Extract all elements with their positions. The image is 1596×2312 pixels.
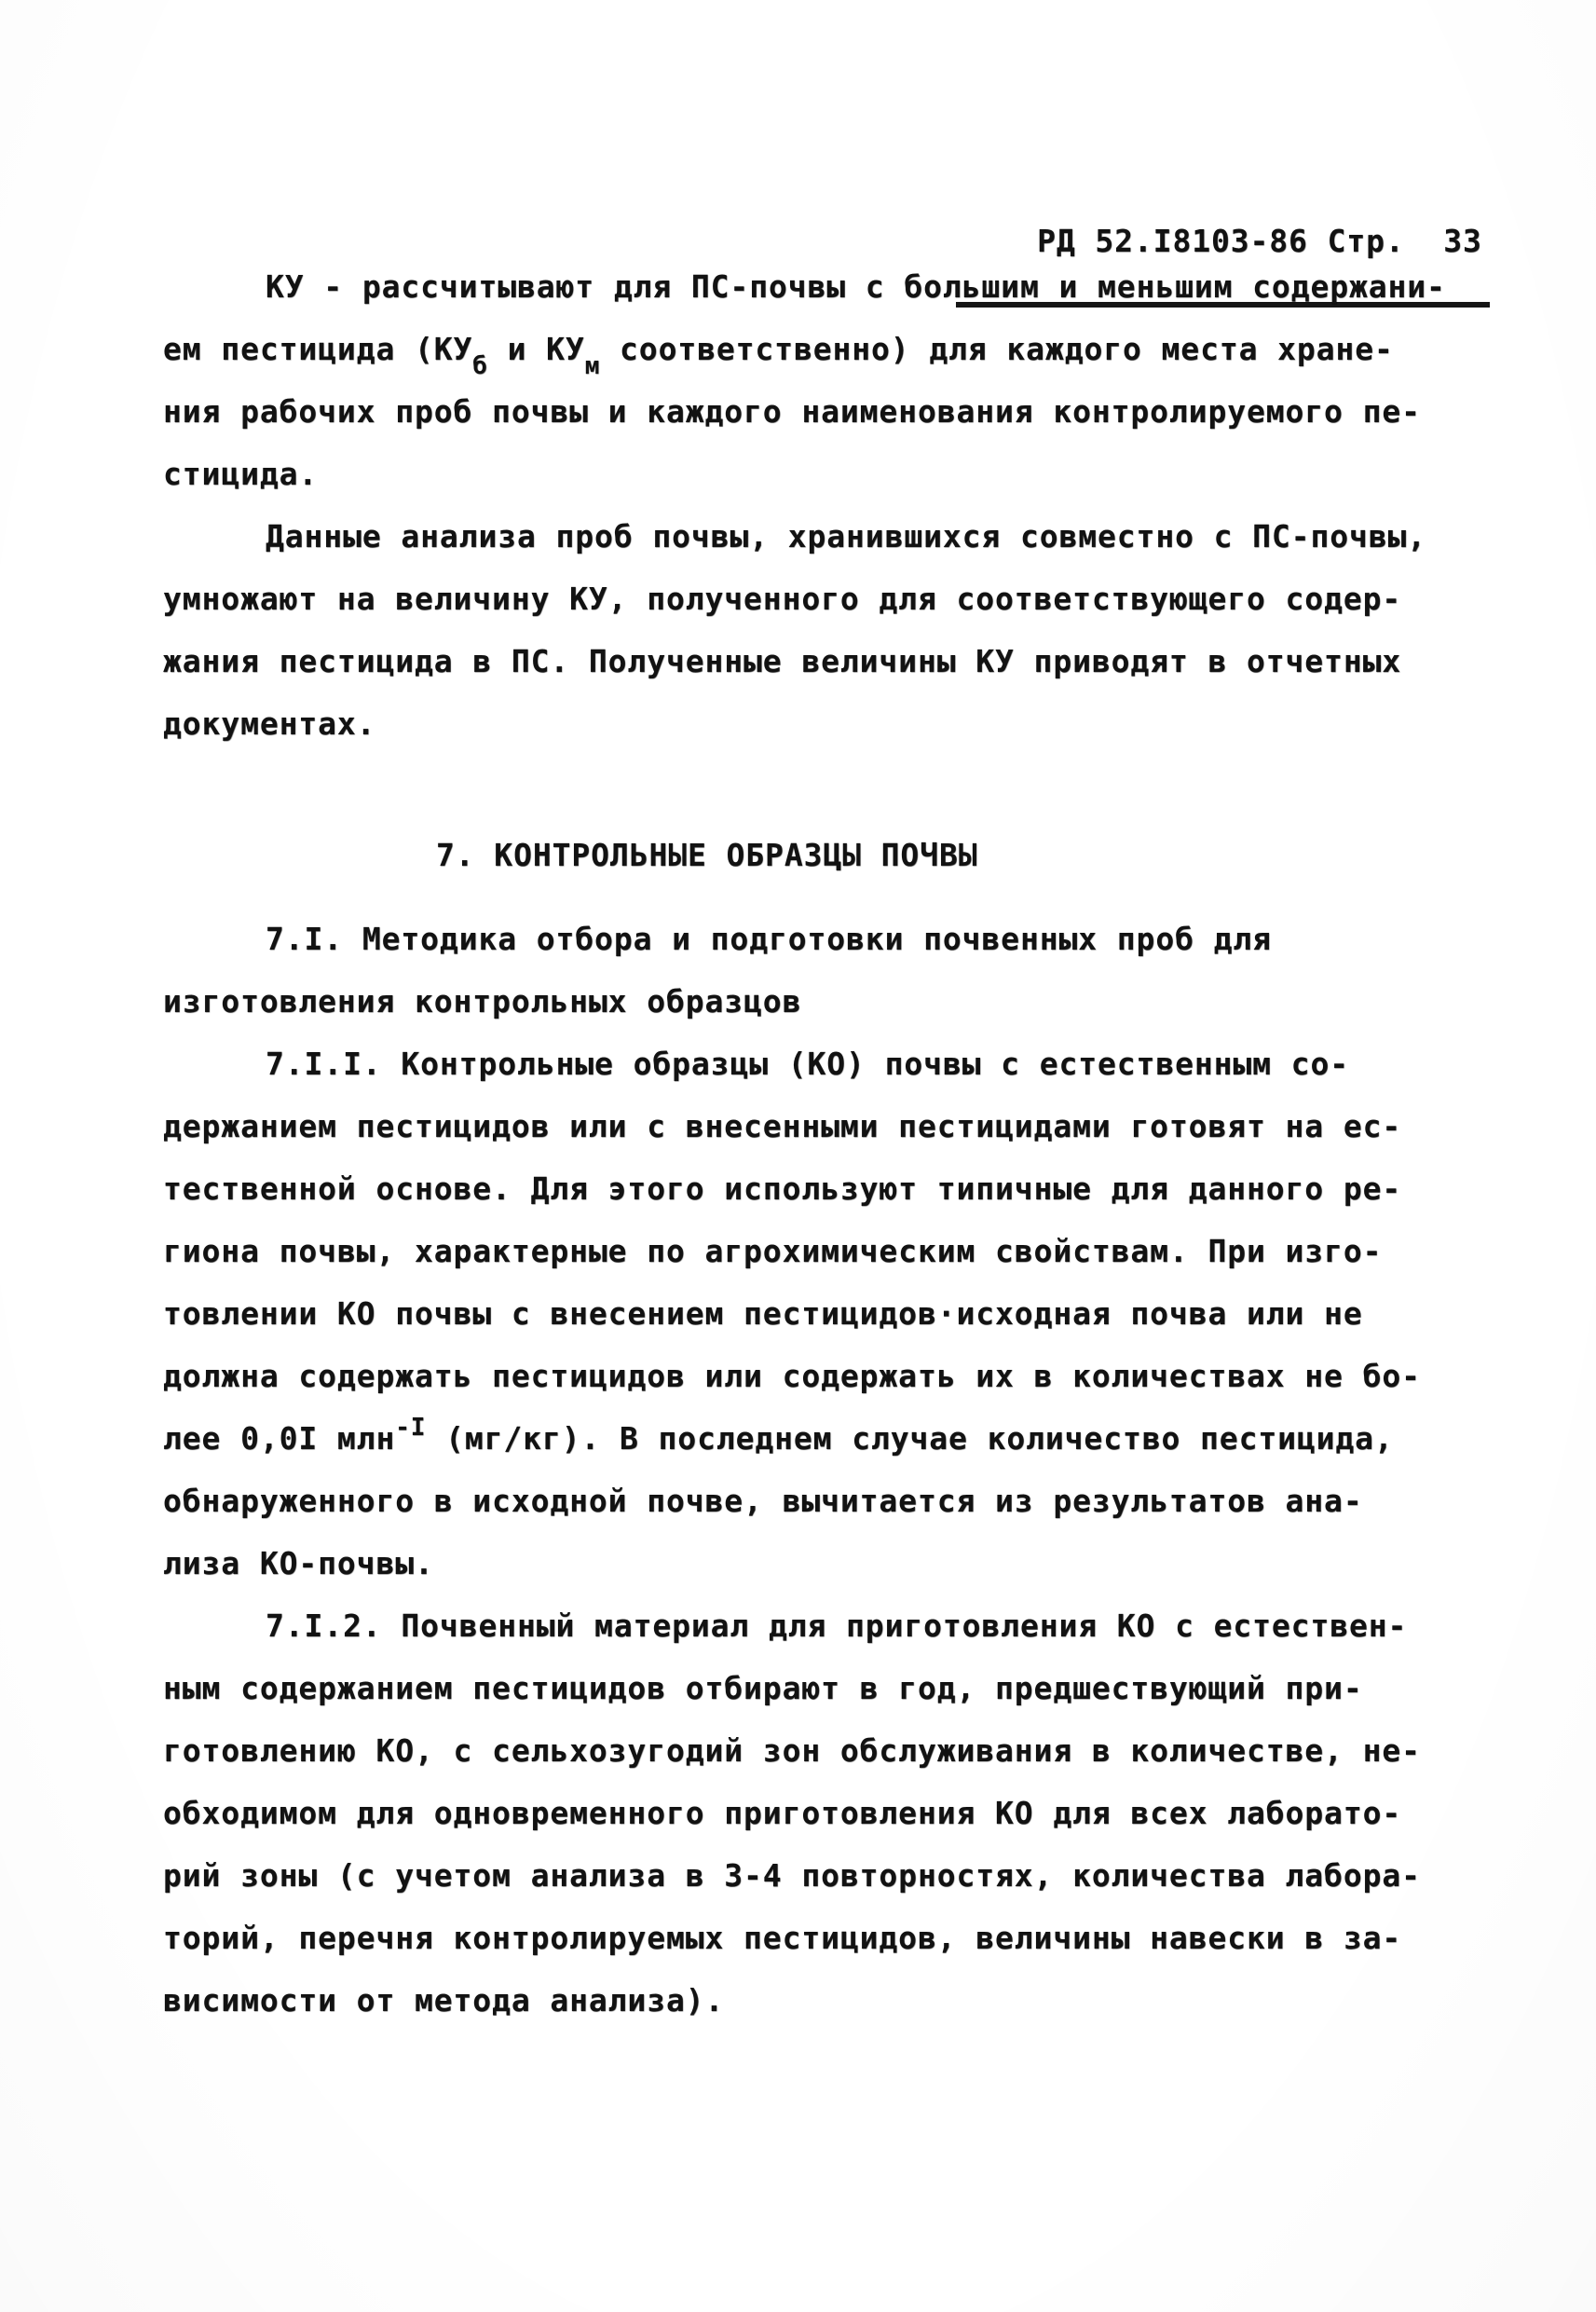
text-line: 7.I.I. Контрольные образцы (КО) почвы с …: [163, 1033, 1467, 1095]
text-line: ния рабочих проб почвы и каждого наимено…: [163, 380, 1467, 443]
text-segment: лее 0,0I млн: [163, 1420, 395, 1457]
text-line: ем пестицида (КУб и КУм соответственно) …: [163, 318, 1467, 380]
text-line: стицида.: [163, 443, 1467, 505]
text-line: рий зоны (с учетом анализа в 3-4 повторн…: [163, 1844, 1467, 1907]
text-line: тественной основе. Для этого используют …: [163, 1157, 1467, 1220]
text-segment: соответственно) для каждого места хране-: [600, 331, 1393, 367]
text-line: висимости от метода анализа).: [163, 1969, 1467, 2032]
subsection-heading-line: изготовления контрольных образцов: [163, 970, 1467, 1033]
text-line: торий, перечня контролируемых пестицидов…: [163, 1907, 1467, 1969]
text-line: готовлению КО, с сельхозугодий зон обслу…: [163, 1719, 1467, 1782]
text-line: умножают на величину КУ, полученного для…: [163, 568, 1467, 630]
subsection-heading-line: 7.I. Методика отбора и подготовки почвен…: [163, 908, 1467, 970]
subscript-ku-b: б: [472, 352, 488, 380]
text-line: КУ - рассчитывают для ПС-почвы с большим…: [163, 255, 1467, 318]
text-segment: ем пестицида (КУ: [163, 331, 472, 367]
document-text-block: КУ - рассчитывают для ПС-почвы с большим…: [163, 255, 1467, 2032]
text-line: лиза КО-почвы.: [163, 1532, 1467, 1594]
text-line: ным содержанием пестицидов отбирают в го…: [163, 1657, 1467, 1719]
text-line: жания пестицида в ПС. Полученные величин…: [163, 630, 1467, 692]
document-reference-text: РД 52.I8103-86 Стр. 33: [1037, 223, 1482, 259]
text-segment: (мг/кг). В последнем случае количество п…: [426, 1420, 1393, 1457]
text-line: держанием пестицидов или с внесенными пе…: [163, 1095, 1467, 1157]
superscript-minus-one: -I: [395, 1414, 426, 1442]
text-line: документах.: [163, 692, 1467, 755]
text-segment: и КУ: [488, 331, 585, 367]
text-line: обнаруженного в исходной почве, вычитает…: [163, 1470, 1467, 1532]
subscript-ku-m: м: [585, 352, 601, 380]
text-line: Данные анализа проб почвы, хранившихся с…: [163, 505, 1467, 568]
text-line: обходимом для одновременного приготовлен…: [163, 1782, 1467, 1844]
scanned-document-page: РД 52.I8103-86 Стр. 33 КУ - рассчитывают…: [0, 0, 1596, 2312]
text-line: лее 0,0I млн-I (мг/кг). В последнем случ…: [163, 1407, 1467, 1470]
text-line: должна содержать пестицидов или содержат…: [163, 1345, 1467, 1407]
text-line: гиона почвы, характерные по агрохимическ…: [163, 1220, 1467, 1282]
text-line: товлении КО почвы с внесением пестицидов…: [163, 1282, 1467, 1345]
section-heading: 7. КОНТРОЛЬНЫЕ ОБРАЗЦЫ ПОЧВЫ: [436, 824, 1467, 886]
text-line: 7.I.2. Почвенный материал для приготовле…: [163, 1594, 1467, 1657]
